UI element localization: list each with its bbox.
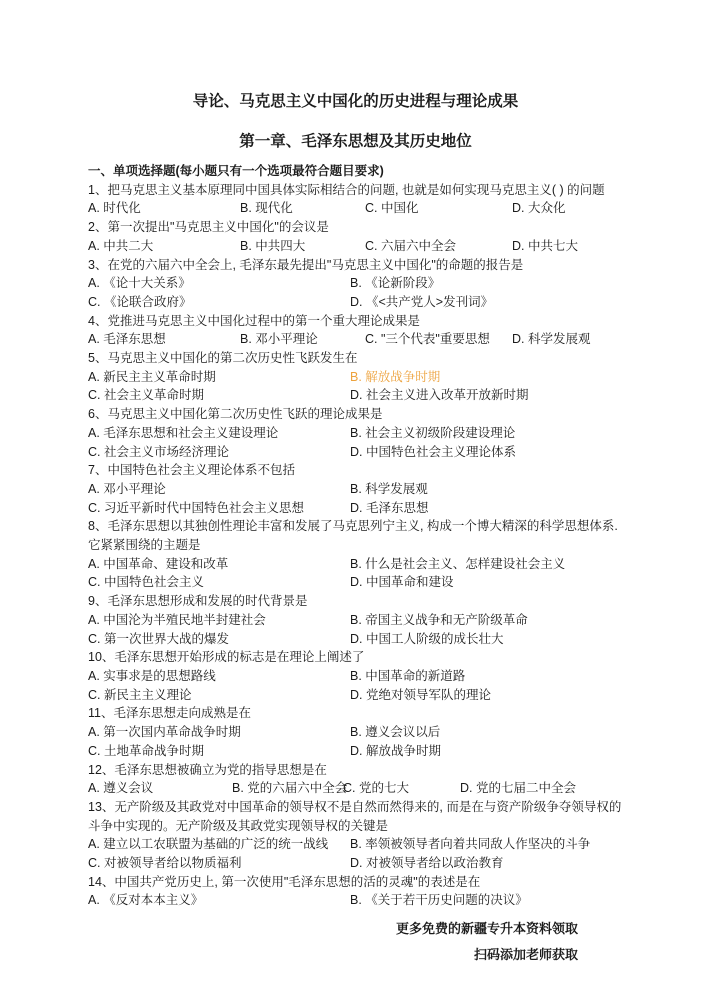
question-text: 7、中国特色社会主义理论体系不包括 (88, 461, 623, 480)
options-row: A. 时代化 B. 现代化 C. 中国化 D. 大众化 (88, 199, 623, 218)
options-row: C. 新民主主义理论 D. 党绝对领导军队的理论 (88, 686, 623, 705)
option-d: D. 中国革命和建设 (350, 573, 623, 592)
question-text: 4、党推进马克思主义中国化过程中的第一个重大理论成果是 (88, 312, 623, 331)
options-row: A. 中共二大 B. 中共四大 C. 六届六中全会 D. 中共七大 (88, 237, 623, 256)
section-heading: 一、单项选择题(每小题只有一个选项最符合题目要求) (88, 162, 623, 181)
options-row: C. 土地革命战争时期 D. 解放战争时期 (88, 742, 623, 761)
option-b: B. 率领被领导者向着共同敌人作坚决的斗争 (350, 835, 623, 854)
footer-promo: 更多免费的新疆专升本资料领取 扫码添加老师获取 (88, 916, 578, 968)
option-d: D. 中共七大 (512, 237, 623, 256)
question-text: 9、毛泽东思想形成和发展的时代背景是 (88, 592, 623, 611)
option-a: A. 邓小平理论 (88, 480, 350, 499)
option-d: D. 毛泽东思想 (350, 499, 623, 518)
option-c: C. 中国特色社会主义 (88, 573, 350, 592)
option-a: A. 遵义会议 (88, 779, 232, 798)
question-10: 10、毛泽东思想开始形成的标志是在理论上阐述了 A. 实事求是的思想路线 B. … (88, 648, 623, 704)
option-d: D. 党绝对领导军队的理论 (350, 686, 623, 705)
question-6: 6、马克思主义中国化第二次历史性飞跃的理论成果是 A. 毛泽东思想和社会主义建设… (88, 405, 623, 461)
option-d: D. 科学发展观 (512, 330, 623, 349)
option-d: D. 解放战争时期 (350, 742, 623, 761)
option-d: D. 中国特色社会主义理论体系 (350, 443, 623, 462)
option-a: A. 建立以工农联盟为基础的广泛的统一战线 (88, 835, 350, 854)
option-c: C. 第一次世界大战的爆发 (88, 630, 350, 649)
question-7: 7、中国特色社会主义理论体系不包括 A. 邓小平理论 B. 科学发展观 C. 习… (88, 461, 623, 517)
footer-promo-line: 更多免费的新疆专升本资料领取 (88, 916, 578, 942)
option-d: D. 对被领导者给以政治教育 (350, 854, 623, 873)
option-b: B. 遵义会议以后 (350, 723, 623, 742)
option-c: C. 中国化 (365, 199, 512, 218)
options-row: C. 中国特色社会主义 D. 中国革命和建设 (88, 573, 623, 592)
option-a: A. 《论十大关系》 (88, 274, 350, 293)
options-row: C. 《论联合政府》 D. 《<共产党人>发刊词》 (88, 293, 623, 312)
options-row: A. 第一次国内革命战争时期 B. 遵义会议以后 (88, 723, 623, 742)
option-b: B. 《关于若干历史问题的决议》 (350, 891, 623, 910)
option-c: C. 《论联合政府》 (88, 293, 350, 312)
doc-title: 导论、马克思主义中国化的历史进程与理论成果 (88, 92, 623, 111)
option-b: B. 科学发展观 (350, 480, 623, 499)
option-d: D. 大众化 (512, 199, 623, 218)
options-row: C. 社会主义市场经济理论 D. 中国特色社会主义理论体系 (88, 443, 623, 462)
options-row: A. 《论十大关系》 B. 《论新阶段》 (88, 274, 623, 293)
question-text: 2、第一次提出"马克思主义中国化"的会议是 (88, 218, 623, 237)
question-text: 3、在党的六届六中全会上, 毛泽东最先提出"马克思主义中国化"的命题的报告是 (88, 256, 623, 275)
options-row: C. 第一次世界大战的爆发 D. 中国工人阶级的成长壮大 (88, 630, 623, 649)
question-5: 5、马克思主义中国化的第二次历史性飞跃发生在 A. 新民主主义革命时期 B. 解… (88, 349, 623, 405)
option-c: C. 六届六中全会 (365, 237, 512, 256)
options-row: A. 毛泽东思想 B. 邓小平理论 C. "三个代表"重要思想 D. 科学发展观 (88, 330, 623, 349)
option-b: B. 党的六届六中全会 (232, 779, 343, 798)
option-b: B. 社会主义初级阶段建设理论 (350, 424, 623, 443)
option-a: A. 中共二大 (88, 237, 240, 256)
question-12: 12、毛泽东思想被确立为党的指导思想是在 A. 遵义会议 B. 党的六届六中全会… (88, 761, 623, 798)
option-a: A. 中国革命、建设和改革 (88, 555, 350, 574)
option-a: A. 毛泽东思想和社会主义建设理论 (88, 424, 350, 443)
option-c: C. 社会主义革命时期 (88, 386, 350, 405)
options-row: C. 习近平新时代中国特色社会主义思想 D. 毛泽东思想 (88, 499, 623, 518)
question-text: 10、毛泽东思想开始形成的标志是在理论上阐述了 (88, 648, 623, 667)
option-d: D. 党的七届二中全会 (460, 779, 623, 798)
options-row: A. 建立以工农联盟为基础的广泛的统一战线 B. 率领被领导者向着共同敌人作坚决… (88, 835, 623, 854)
options-row: A. 《反对本本主义》 B. 《关于若干历史问题的决议》 (88, 891, 623, 910)
question-text: 11、毛泽东思想走向成熟是在 (88, 704, 623, 723)
question-text: 1、把马克思主义基本原理同中国具体实际相结合的问题, 也就是如何实现马克思主义(… (88, 181, 623, 200)
highlighted-answer: B. 解放战争时期 (350, 368, 623, 387)
option-a: A. 实事求是的思想路线 (88, 667, 350, 686)
option-a: A. 第一次国内革命战争时期 (88, 723, 350, 742)
option-b: B. 帝国主义战争和无产阶级革命 (350, 611, 623, 630)
question-9: 9、毛泽东思想形成和发展的时代背景是 A. 中国沦为半殖民地半封建社会 B. 帝… (88, 592, 623, 648)
options-row: C. 对被领导者给以物质福利 D. 对被领导者给以政治教育 (88, 854, 623, 873)
option-a: A. 时代化 (88, 199, 240, 218)
option-d: D. 中国工人阶级的成长壮大 (350, 630, 623, 649)
options-row: A. 新民主主义革命时期 B. 解放战争时期 (88, 368, 623, 387)
options-row: A. 遵义会议 B. 党的六届六中全会 C. 党的七大 D. 党的七届二中全会 (88, 779, 623, 798)
option-c: C. 土地革命战争时期 (88, 742, 350, 761)
option-c: C. 对被领导者给以物质福利 (88, 854, 350, 873)
question-text: 14、中国共产党历史上, 第一次使用"毛泽东思想的活的灵魂"的表述是在 (88, 873, 623, 892)
options-row: C. 社会主义革命时期 D. 社会主义进入改革开放新时期 (88, 386, 623, 405)
question-1: 1、把马克思主义基本原理同中国具体实际相结合的问题, 也就是如何实现马克思主义(… (88, 181, 623, 218)
question-text: 8、毛泽东思想以其独创性理论丰富和发展了马克思列宁主义, 构成一个博大精深的科学… (88, 517, 623, 554)
question-3: 3、在党的六届六中全会上, 毛泽东最先提出"马克思主义中国化"的命题的报告是 A… (88, 256, 623, 312)
footer-qr-line: 扫码添加老师获取 (88, 942, 578, 968)
question-text: 13、无产阶级及其政党对中国革命的领导权不是自然而然得来的, 而是在与资产阶级争… (88, 798, 623, 835)
option-b: B. 邓小平理论 (240, 330, 365, 349)
options-row: A. 邓小平理论 B. 科学发展观 (88, 480, 623, 499)
options-row: A. 实事求是的思想路线 B. 中国革命的新道路 (88, 667, 623, 686)
question-text: 6、马克思主义中国化第二次历史性飞跃的理论成果是 (88, 405, 623, 424)
chapter-title: 第一章、毛泽东思想及其历史地位 (88, 132, 623, 151)
option-c: C. 社会主义市场经济理论 (88, 443, 350, 462)
option-c: C. 习近平新时代中国特色社会主义思想 (88, 499, 350, 518)
question-text: 5、马克思主义中国化的第二次历史性飞跃发生在 (88, 349, 623, 368)
option-a: A. 新民主主义革命时期 (88, 368, 350, 387)
option-b: B. 什么是社会主义、怎样建设社会主义 (350, 555, 623, 574)
options-row: A. 中国革命、建设和改革 B. 什么是社会主义、怎样建设社会主义 (88, 555, 623, 574)
option-a: A. 毛泽东思想 (88, 330, 240, 349)
option-d: D. 《<共产党人>发刊词》 (350, 293, 623, 312)
option-c: C. 党的七大 (343, 779, 460, 798)
document-page: 导论、马克思主义中国化的历史进程与理论成果 第一章、毛泽东思想及其历史地位 一、… (0, 0, 707, 968)
question-4: 4、党推进马克思主义中国化过程中的第一个重大理论成果是 A. 毛泽东思想 B. … (88, 312, 623, 349)
question-13: 13、无产阶级及其政党对中国革命的领导权不是自然而然得来的, 而是在与资产阶级争… (88, 798, 623, 873)
option-b: B. 《论新阶段》 (350, 274, 623, 293)
question-8: 8、毛泽东思想以其独创性理论丰富和发展了马克思列宁主义, 构成一个博大精深的科学… (88, 517, 623, 592)
option-b: B. 现代化 (240, 199, 365, 218)
options-row: A. 中国沦为半殖民地半封建社会 B. 帝国主义战争和无产阶级革命 (88, 611, 623, 630)
question-14: 14、中国共产党历史上, 第一次使用"毛泽东思想的活的灵魂"的表述是在 A. 《… (88, 873, 623, 910)
question-11: 11、毛泽东思想走向成熟是在 A. 第一次国内革命战争时期 B. 遵义会议以后 … (88, 704, 623, 760)
option-b: B. 中国革命的新道路 (350, 667, 623, 686)
option-d: D. 社会主义进入改革开放新时期 (350, 386, 623, 405)
option-a: A. 中国沦为半殖民地半封建社会 (88, 611, 350, 630)
option-b: B. 中共四大 (240, 237, 365, 256)
question-text: 12、毛泽东思想被确立为党的指导思想是在 (88, 761, 623, 780)
option-c: C. "三个代表"重要思想 (365, 330, 512, 349)
option-a: A. 《反对本本主义》 (88, 891, 350, 910)
options-row: A. 毛泽东思想和社会主义建设理论 B. 社会主义初级阶段建设理论 (88, 424, 623, 443)
option-c: C. 新民主主义理论 (88, 686, 350, 705)
question-2: 2、第一次提出"马克思主义中国化"的会议是 A. 中共二大 B. 中共四大 C.… (88, 218, 623, 255)
